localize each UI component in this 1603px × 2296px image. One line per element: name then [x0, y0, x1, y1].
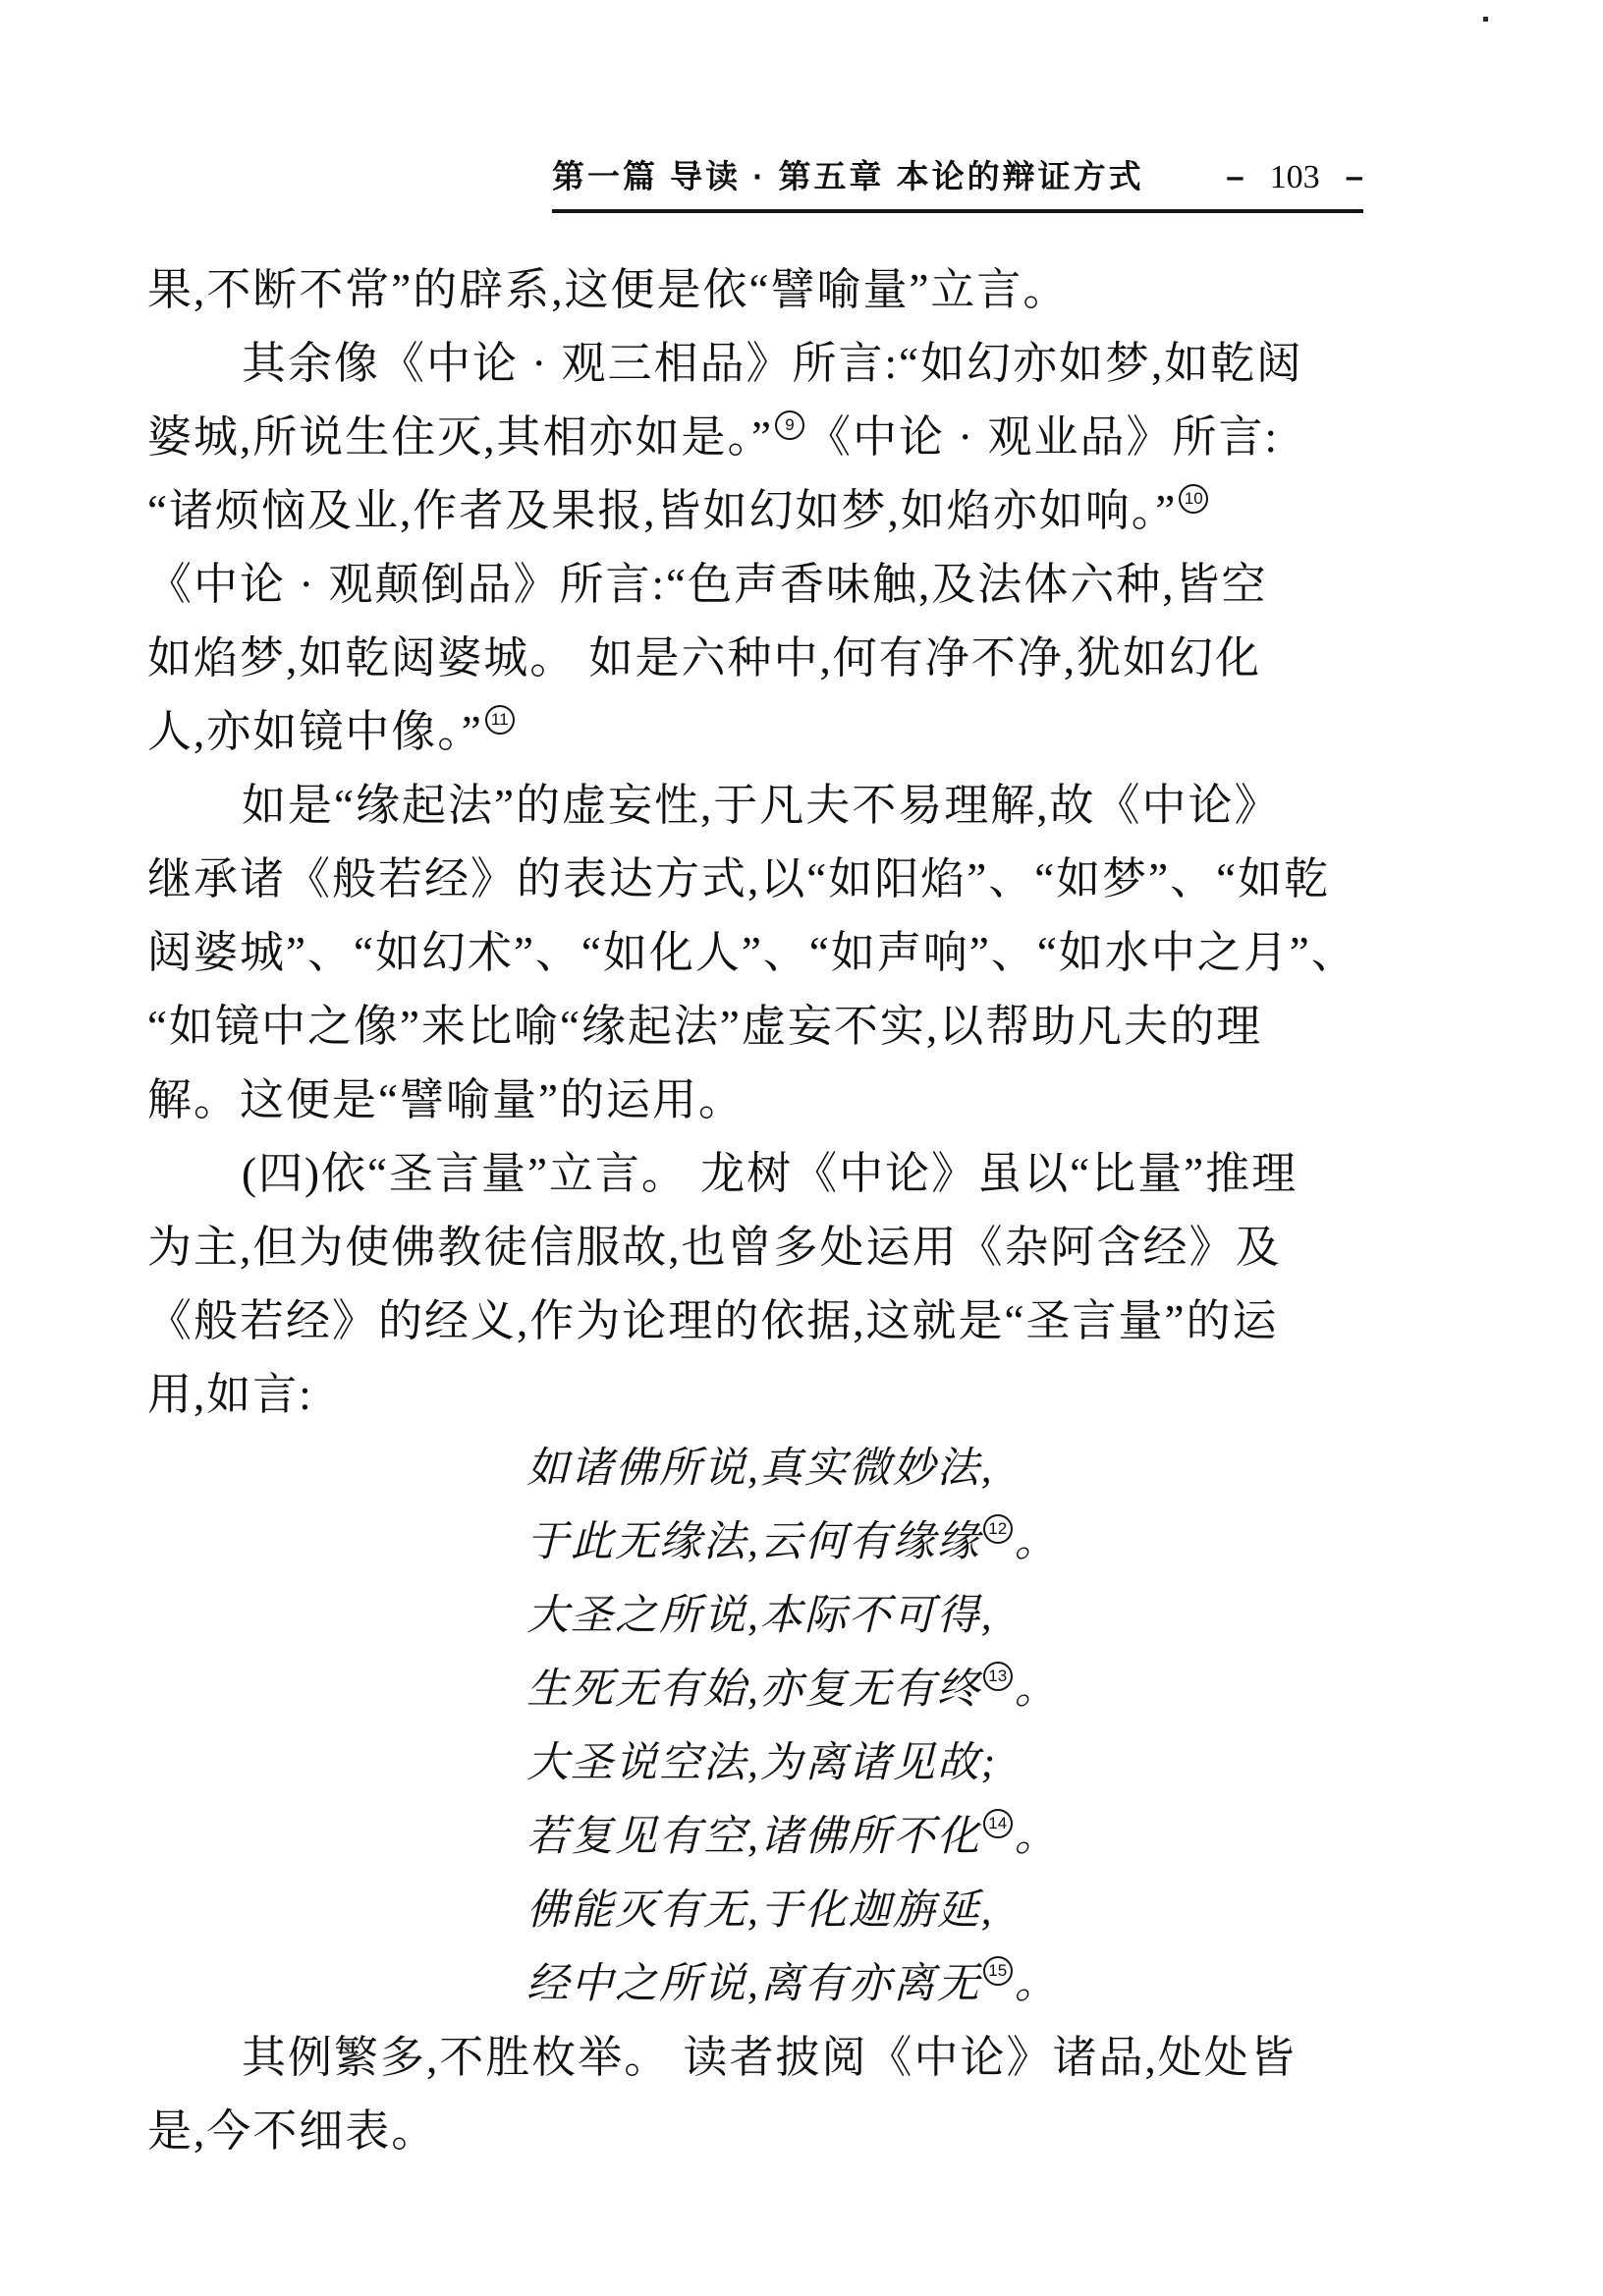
text-line: 婆城,所说生住灭,其相亦如是。”9《中论 · 观业品》所言:	[147, 401, 1454, 474]
line-text: 。	[1015, 1814, 1059, 1860]
line-text: 果,不断不常”的辟系,这便是依“譬喻量”立言。	[147, 265, 1069, 314]
text-line: (四)依“圣言量”立言。 龙树《中论》虽以“比量”推理	[147, 1137, 1454, 1211]
line-text: 人,亦如镜中像。”	[147, 707, 483, 756]
line-text: “诸烦恼及业,作者及果报,皆如幻如梦,如焰亦如响。”	[147, 486, 1177, 535]
page-header: 第一篇 导读 · 第五章 本论的辩证方式 – 103 –	[552, 151, 1363, 213]
line-text: 。	[1015, 1667, 1059, 1713]
page-number: 103	[1270, 159, 1320, 196]
line-text: 佛能灭有无,于化迦旃延,	[526, 1887, 994, 1934]
text-line: 闼婆城”、“如幻术”、“如化人”、“如声响”、“如水中之月”、	[147, 916, 1454, 990]
text-line: 其例繁多,不胜枚举。 读者披阅《中论》诸品,处处皆	[147, 2021, 1454, 2095]
verse-line: 佛能灭有无,于化迦旃延,	[147, 1874, 1454, 1947]
dash-left: –	[1226, 158, 1244, 195]
line-text: 闼婆城”、“如幻术”、“如化人”、“如声响”、“如水中之月”、	[147, 928, 1357, 977]
line-text: (四)依“圣言量”立言。 龙树《中论》虽以“比量”推理	[242, 1149, 1298, 1198]
line-text: “如镜中之像”来比喻“缘起法”虚妄不实,以帮助凡夫的理	[147, 1002, 1262, 1051]
footnote-marker: 15	[983, 1956, 1013, 1986]
line-text: 大圣之所说,本际不可得,	[526, 1593, 994, 1639]
text-line: 如是“缘起法”的虚妄性,于凡夫不易理解,故《中论》	[147, 769, 1454, 843]
line-text: 如是“缘起法”的虚妄性,于凡夫不易理解,故《中论》	[242, 781, 1280, 830]
line-text: 如焰梦,如乾闼婆城。 如是六种中,何有净不净,犹如幻化	[147, 633, 1261, 683]
text-line: “如镜中之像”来比喻“缘起法”虚妄不实,以帮助凡夫的理	[147, 990, 1454, 1064]
line-text: 解。这便是“譬喻量”的运用。	[147, 1075, 745, 1124]
line-text: 其例繁多,不胜枚举。 读者披阅《中论》诸品,处处皆	[242, 2033, 1297, 2082]
verse-line: 经中之所说,离有亦离无15。	[147, 1947, 1454, 2021]
section-title: 第一篇 导读 · 第五章 本论的辩证方式	[552, 151, 1144, 197]
verse-line: 于此无缘法,云何有缘缘12。	[147, 1505, 1454, 1579]
line-text: 其余像《中论 · 观三相品》所言:“如幻亦如梦,如乾闼	[242, 339, 1302, 388]
line-text: 《中论 · 观业品》所言:	[806, 412, 1279, 462]
text-line: 果,不断不常”的辟系,这便是依“譬喻量”立言。	[147, 253, 1454, 327]
text-line: 其余像《中论 · 观三相品》所言:“如幻亦如梦,如乾闼	[147, 327, 1454, 401]
line-text: 为主,但为使佛教徒信服故,也曾多处运用《杂阿含经》及	[147, 1223, 1282, 1272]
footnote-marker: 13	[983, 1662, 1013, 1691]
page-number-group: – 103 –	[1226, 158, 1363, 196]
verse-line: 生死无有始,亦复无有终13。	[147, 1653, 1454, 1726]
verse-line: 如诸佛所说,真实微妙法,	[147, 1432, 1454, 1505]
line-text: 若复见有空,诸佛所不化	[526, 1814, 981, 1860]
text-line: 解。这便是“譬喻量”的运用。	[147, 1064, 1454, 1137]
line-text: 。	[1015, 1961, 1059, 2007]
text-line: 为主,但为使佛教徒信服故,也曾多处运用《杂阿含经》及	[147, 1211, 1454, 1285]
text-line: 如焰梦,如乾闼婆城。 如是六种中,何有净不净,犹如幻化	[147, 622, 1454, 695]
verse-line: 大圣之所说,本际不可得,	[147, 1579, 1454, 1653]
line-text: 。	[1015, 1519, 1059, 1565]
text-line: 《般若经》的经义,作为论理的依据,这就是“圣言量”的运	[147, 1285, 1454, 1358]
line-text: 婆城,所说生住灭,其相亦如是。”	[147, 412, 773, 462]
dash-right: –	[1346, 158, 1363, 195]
line-text: 于此无缘法,云何有缘缘	[526, 1519, 981, 1565]
text-line: 人,亦如镜中像。”11	[147, 695, 1454, 769]
text-line: 继承诸《般若经》的表达方式,以“如阳焰”、“如梦”、“如乾	[147, 843, 1454, 916]
footnote-marker: 11	[485, 705, 515, 735]
footnote-marker: 14	[983, 1809, 1013, 1838]
line-text: 如诸佛所说,真实微妙法,	[526, 1446, 994, 1492]
verse-line: 若复见有空,诸佛所不化14。	[147, 1800, 1454, 1874]
line-text: 大圣说空法,为离诸见故;	[526, 1740, 997, 1786]
book-page: 第一篇 导读 · 第五章 本论的辩证方式 – 103 – 果,不断不常”的辟系,…	[0, 0, 1603, 2296]
text-line: “诸烦恼及业,作者及果报,皆如幻如梦,如焰亦如响。”10	[147, 474, 1454, 548]
line-text: 是,今不细表。	[147, 2106, 437, 2156]
text-line: 用,如言:	[147, 1358, 1454, 1432]
text-line: 是,今不细表。	[147, 2095, 1454, 2168]
line-text: 用,如言:	[147, 1370, 313, 1419]
text-block: 果,不断不常”的辟系,这便是依“譬喻量”立言。其余像《中论 · 观三相品》所言:…	[147, 253, 1454, 2168]
scan-speck	[1483, 17, 1488, 22]
footnote-marker: 10	[1179, 484, 1208, 514]
line-text: 经中之所说,离有亦离无	[526, 1961, 981, 2007]
verse-line: 大圣说空法,为离诸见故;	[147, 1726, 1454, 1800]
line-text: 《般若经》的经义,作为论理的依据,这就是“圣言量”的运	[147, 1296, 1278, 1345]
footnote-marker: 9	[775, 410, 804, 440]
line-text: 《中论 · 观颠倒品》所言:“色声香味触,及法体六种,皆空	[147, 560, 1267, 609]
footnote-marker: 12	[983, 1514, 1013, 1544]
text-line: 《中论 · 观颠倒品》所言:“色声香味触,及法体六种,皆空	[147, 548, 1454, 622]
line-text: 继承诸《般若经》的表达方式,以“如阳焰”、“如梦”、“如乾	[147, 854, 1330, 903]
line-text: 生死无有始,亦复无有终	[526, 1667, 981, 1713]
